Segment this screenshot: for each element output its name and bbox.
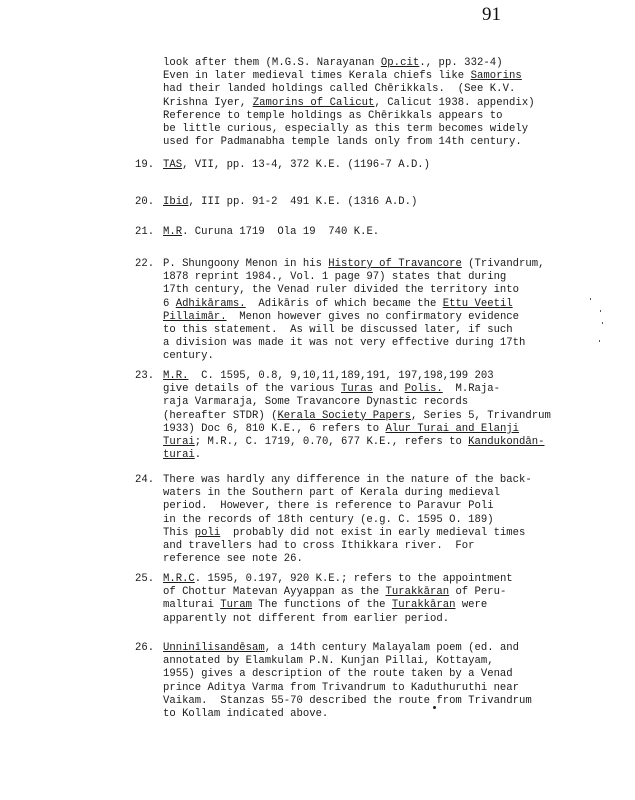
footnote-text: M.R. Curuna 1719 Ola 19 740 K.E. [163,226,379,239]
text-line: used for Padmanabha temple lands only fr… [163,136,535,149]
text-line: to this statement. As will be discussed … [163,324,544,337]
ink-dot [433,706,436,709]
underlined-term: Turai [163,436,195,448]
footnote-text: Unninīlisandēsam, a 14th century Malayal… [163,642,532,721]
text-line: give details of the various Turas and Po… [163,383,551,396]
text-line: P. Shungoony Menon in his History of Tra… [163,258,544,271]
text-line: raja Varmaraja, Some Travancore Dynastic… [163,396,551,409]
underlined-term: Turam [220,599,252,611]
text-line: in the records of 18th century (e.g. C. … [163,514,532,527]
underlined-term: Adhikārams. [176,298,246,310]
text-line: M.R.C. 1595, 0.197, 920 K.E.; refers to … [163,573,513,586]
footnote-text: M.R.C. 1595, 0.197, 920 K.E.; refers to … [163,573,513,626]
footnote-text: M.R. C. 1595, 0.8, 9,10,11,189,191, 197,… [163,370,551,462]
text-line: be little curious, especially as this te… [163,123,535,136]
text-line: look after them (M.G.S. Narayanan Op.cit… [163,57,535,70]
underlined-term: Zamorins of Calicut [253,97,375,109]
footnote-number: 19. [135,159,154,172]
underlined-term: Turakkāran [386,586,450,598]
text-line: of Chottur Matevan Ayyappan as the Turak… [163,586,513,599]
footnote-text: P. Shungoony Menon in his History of Tra… [163,258,544,364]
text-line: to Kollam indicated above. [163,708,532,721]
footnote-number: 24. [135,474,154,487]
underlined-term: Ibid [163,196,188,208]
text-line: This poli probably did not exist in earl… [163,527,532,540]
footnote-18-continuation: look after them (M.G.S. Narayanan Op.cit… [163,57,535,149]
footnote-number: 25. [135,573,154,586]
underlined-term: Turas [341,383,373,395]
underlined-term: Polis. [405,383,443,395]
text-line: 1878 reprint 1984., Vol. 1 page 97) stat… [163,271,544,284]
text-line: apparently not different from earlier pe… [163,613,513,626]
text-line: M.R. Curuna 1719 Ola 19 740 K.E. [163,226,379,239]
text-line: century. [163,350,544,363]
underlined-term: poli [195,527,220,539]
underlined-term: Kandukondān- [468,436,544,448]
scan-speck [590,298,591,300]
footnote-number: 22. [135,258,154,271]
underlined-term: M.R [163,226,182,238]
text-line: 17th century, the Venad ruler divided th… [163,284,544,297]
text-line: Turai; M.R., C. 1719, 0.70, 677 K.E., re… [163,436,551,449]
text-line: malturai Turam The functions of the Tura… [163,599,513,612]
text-line: Krishna Iyer, Zamorins of Calicut, Calic… [163,97,535,110]
underlined-term: History of Travancore [328,258,462,270]
scan-speck [599,340,600,342]
underlined-term: Op.cit [381,57,419,69]
text-line: prince Aditya Varma from Trivandrum to K… [163,682,532,695]
footnote-number: 21. [135,226,154,239]
underlined-term: turai [163,449,195,461]
footnote-text: There was hardly any difference in the n… [163,474,532,566]
underlined-term: Alur Turai and Elanji [386,423,520,435]
text-line: Even in later medieval times Kerala chie… [163,70,535,83]
text-line: Unninīlisandēsam, a 14th century Malayal… [163,642,532,655]
text-line: reference see note 26. [163,553,532,566]
underlined-term: Kerala Society Papers [277,410,411,422]
text-line: annotated by Elamkulam P.N. Kunjan Pilla… [163,655,532,668]
text-line: 1955) gives a description of the route t… [163,668,532,681]
text-line: Vaikam. Stanzas 55-70 described the rout… [163,695,532,708]
footnote-text: Ibid, III pp. 91-2 491 K.E. (1316 A.D.) [163,196,417,209]
underlined-term: M.R. [163,370,188,382]
text-line: Pillaimār. Menon however gives no confir… [163,311,544,324]
underlined-term: Unninīlisandēsam [163,642,265,654]
text-line: (hereafter STDR) (Kerala Society Papers,… [163,410,551,423]
text-line: a division was made it was not very effe… [163,337,544,350]
underlined-term: M.R.C [163,573,195,585]
underlined-term: TAS [163,159,182,171]
footnote-text: TAS, VII, pp. 13-4, 372 K.E. (1196-7 A.D… [163,159,430,172]
page-number: 91 [482,4,501,26]
text-line: There was hardly any difference in the n… [163,474,532,487]
footnote-number: 23. [135,370,154,383]
underlined-term: Ettu Veetil [443,298,513,310]
scan-speck [600,310,601,312]
footnote-number: 26. [135,642,154,655]
text-line: period. However, there is reference to P… [163,500,532,513]
text-line: TAS, VII, pp. 13-4, 372 K.E. (1196-7 A.D… [163,159,430,172]
underlined-term: Samorins [471,70,522,82]
underlined-term: Turakkāran [392,599,456,611]
underlined-term: Pillaimār. [163,311,227,323]
scan-speck [602,322,603,324]
text-line: waters in the Southern part of Kerala du… [163,487,532,500]
text-line: turai. [163,449,551,462]
text-line: 6 Adhikārams. Adikāris of which became t… [163,298,544,311]
text-line: and travellers had to cross Ithikkara ri… [163,540,532,553]
text-line: had their landed holdings called Chērikk… [163,83,535,96]
text-line: M.R. C. 1595, 0.8, 9,10,11,189,191, 197,… [163,370,551,383]
footnote-number: 20. [135,196,154,209]
text-line: Ibid, III pp. 91-2 491 K.E. (1316 A.D.) [163,196,417,209]
text-line: Reference to temple holdings as Chērikka… [163,110,535,123]
text-line: 1933) Doc 6, 810 K.E., 6 refers to Alur … [163,423,551,436]
